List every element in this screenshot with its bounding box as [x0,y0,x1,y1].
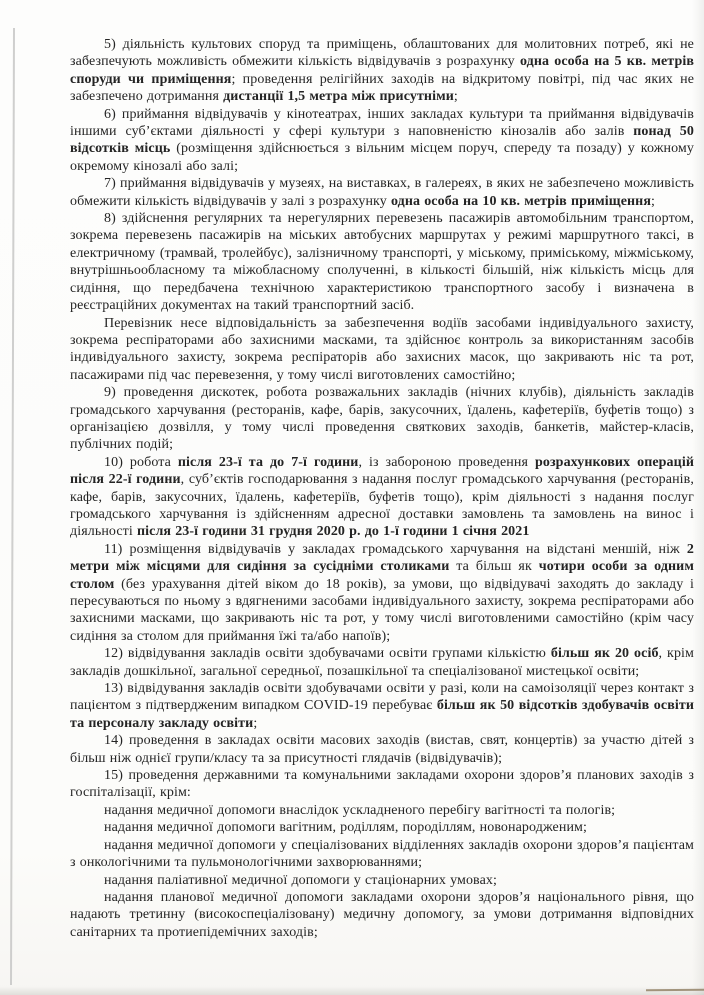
text-run: надання медичної допомоги внаслідок ускл… [104,803,615,818]
text-run: надання медичної допомоги вагітним, роді… [104,820,587,835]
text-run: 11) розміщення відвідувачів у закладах г… [104,542,687,557]
document-paragraph: надання планової медичної допомоги закла… [70,889,694,941]
text-run: надання планової медичної допомоги закла… [70,890,694,940]
bold-text-run: після 23-ї та до 7-ї години [178,455,359,470]
document-paragraph: 7) приймання відвідувачів у музеях, на в… [70,175,694,210]
document-paragraph: 14) проведення в закладах освіти масових… [70,732,694,767]
document-paragraph: надання медичної допомоги вагітним, роді… [70,819,694,836]
text-run: Перевізник несе відповідальність за забе… [70,316,694,383]
scanned-document-page: 5) діяльність культових споруд та приміщ… [0,0,704,995]
bold-text-run: одна особа на 10 кв. метрів приміщення [391,194,651,209]
document-paragraph: 6) приймання відвідувачів у кінотеатрах,… [70,106,694,176]
text-run: 15) проведення державними та комунальним… [70,768,694,800]
text-run: 10) робота [104,455,178,470]
text-run: 12) відвідування закладів освіти здобува… [104,646,551,661]
document-paragraph: надання паліативної медичної допомоги у … [70,872,694,889]
document-paragraph: 13) відвідування закладів освіти здобува… [70,680,694,732]
bold-text-run: більш як 20 осіб [551,646,659,661]
text-run: , із забороною проведення [358,455,535,470]
text-run: 8) здійснення регулярних та нерегулярних… [70,211,694,313]
document-paragraph: надання медичної допомоги внаслідок ускл… [70,802,694,819]
text-run: та більш як [449,559,538,574]
document-paragraph: 8) здійснення регулярних та нерегулярних… [70,210,694,314]
text-run: ; [651,194,655,209]
bold-text-run: після 23-ї години 31 грудня 2020 р. до 1… [137,524,529,539]
document-paragraph: надання медичної допомоги у спеціалізова… [70,837,694,872]
text-run: 9) проведення дискотек, робота розважаль… [70,385,694,452]
document-paragraph: 15) проведення державними та комунальним… [70,767,694,802]
text-run: надання паліативної медичної допомоги у … [104,873,497,888]
text-run: (без урахування дітей віком до 18 років)… [70,577,694,644]
document-paragraph: 9) проведення дискотек, робота розважаль… [70,384,694,454]
scan-artifact-bottom-right-line [646,989,704,992]
text-run: 6) приймання відвідувачів у кінотеатрах,… [70,107,694,139]
document-paragraph: 5) діяльність культових споруд та приміщ… [70,36,694,106]
scan-artifact-left-edge-line [10,28,15,985]
text-run: надання медичної допомоги у спеціалізова… [70,838,694,870]
text-run: 14) проведення в закладах освіти масових… [70,733,694,765]
text-run: ; [454,89,458,104]
document-paragraph: 12) відвідування закладів освіти здобува… [70,645,694,680]
scan-artifact-bottom-edge-shade [0,987,704,995]
document-paragraph: Перевізник несе відповідальність за забе… [70,315,694,385]
document-body: 5) діяльність культових споруд та приміщ… [70,36,694,941]
document-paragraph: 10) робота після 23-ї та до 7-ї години, … [70,454,694,541]
text-run: ; [253,716,257,731]
document-paragraph: 11) розміщення відвідувачів у закладах г… [70,541,694,645]
bold-text-run: дистанції 1,5 метра між присутніми [223,89,454,104]
